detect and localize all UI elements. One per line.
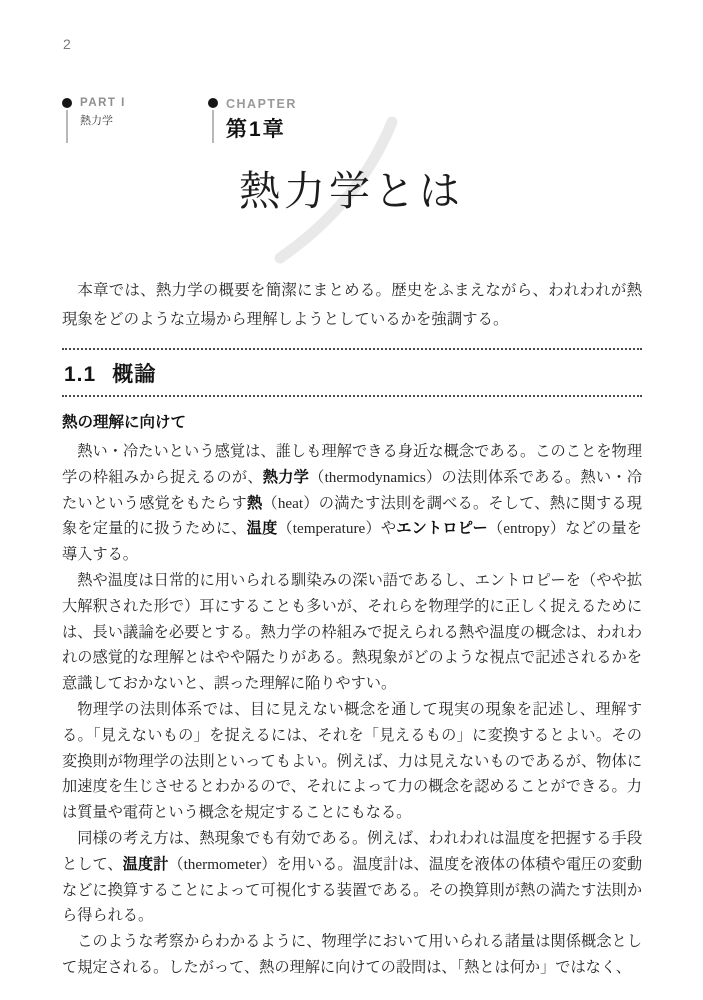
lead-paragraph: 本章では、熱力学の概要を簡潔にまとめる。歴史をふまえながら、われわれが熱現象をど…	[62, 276, 642, 334]
section-title: 概論	[112, 358, 156, 388]
part-name: 熱力学	[80, 112, 168, 128]
paragraph: 物理学の法則体系では、目に見えない概念を通して現実の現象を記述し、理解する。「見…	[62, 697, 642, 826]
vertical-tick-line	[66, 110, 68, 143]
chapter-title: 熱力学とは	[0, 158, 703, 217]
paragraph: 熱い・冷たいという感覚は、誰しも理解できる身近な概念である。このことを物理学の枠…	[62, 439, 642, 568]
bullet-dot-icon	[208, 98, 218, 108]
bullet-dot-icon	[62, 98, 72, 108]
body-paragraphs: 熱い・冷たいという感覚は、誰しも理解できる身近な概念である。このことを物理学の枠…	[62, 439, 642, 981]
chapter-marker: CHAPTER 第1章	[208, 97, 314, 143]
chapter-label: CHAPTER	[226, 97, 314, 111]
paragraph: このような考察からわかるように、物理学において用いられる諸量は関係概念として規定…	[62, 929, 642, 981]
vertical-tick-line	[212, 110, 214, 143]
chapter-header: PART I 熱力学 CHAPTER 第1章	[62, 97, 314, 143]
section-number: 1.1	[64, 363, 96, 387]
part-label: PART I	[80, 97, 168, 109]
part-marker: PART I 熱力学	[62, 97, 168, 128]
subsection-heading: 熱の理解に向けて	[62, 410, 642, 432]
book-page: 2 PART I 熱力学 CHAPTER 第1章 熱力学とは 本章では、熱力学の…	[0, 0, 703, 1000]
section-rule-bottom	[62, 395, 642, 397]
page-number: 2	[63, 36, 71, 52]
paragraph: 同様の考え方は、熱現象でも有効である。例えば、われわれは温度を把握する手段として…	[62, 826, 642, 929]
main-content: 1.1 概論 熱の理解に向けて 熱い・冷たいという感覚は、誰しも理解できる身近な…	[62, 348, 642, 981]
paragraph: 熱や温度は日常的に用いられる馴染みの深い語であるし、エントロピーを（やや拡大解釈…	[62, 568, 642, 697]
section-heading: 1.1 概論	[62, 350, 642, 395]
chapter-number: 第1章	[226, 113, 314, 143]
